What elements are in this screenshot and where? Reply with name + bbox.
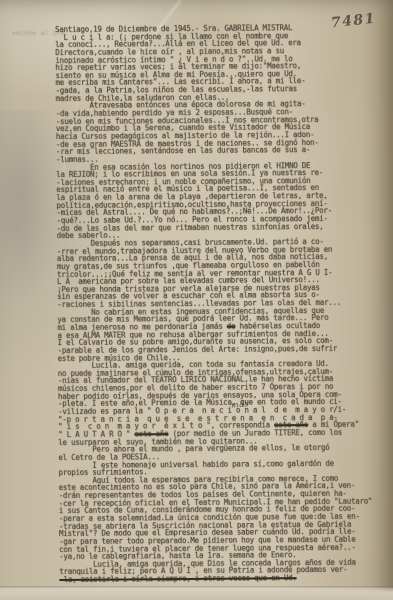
letter-scan: 7481 . veinbe al Qte... Santiago,19 de D… <box>0 0 393 600</box>
letter-line: -la, asistirla i oírla siempre, i otras … <box>59 573 393 583</box>
paper-stain <box>0 110 62 310</box>
handwritten-insertion-icon: más <box>231 399 250 410</box>
letter-body: Santiago,19 de Diciembre de 1945.- Sra. … <box>55 23 393 583</box>
paper-bottom-edge <box>0 586 393 600</box>
